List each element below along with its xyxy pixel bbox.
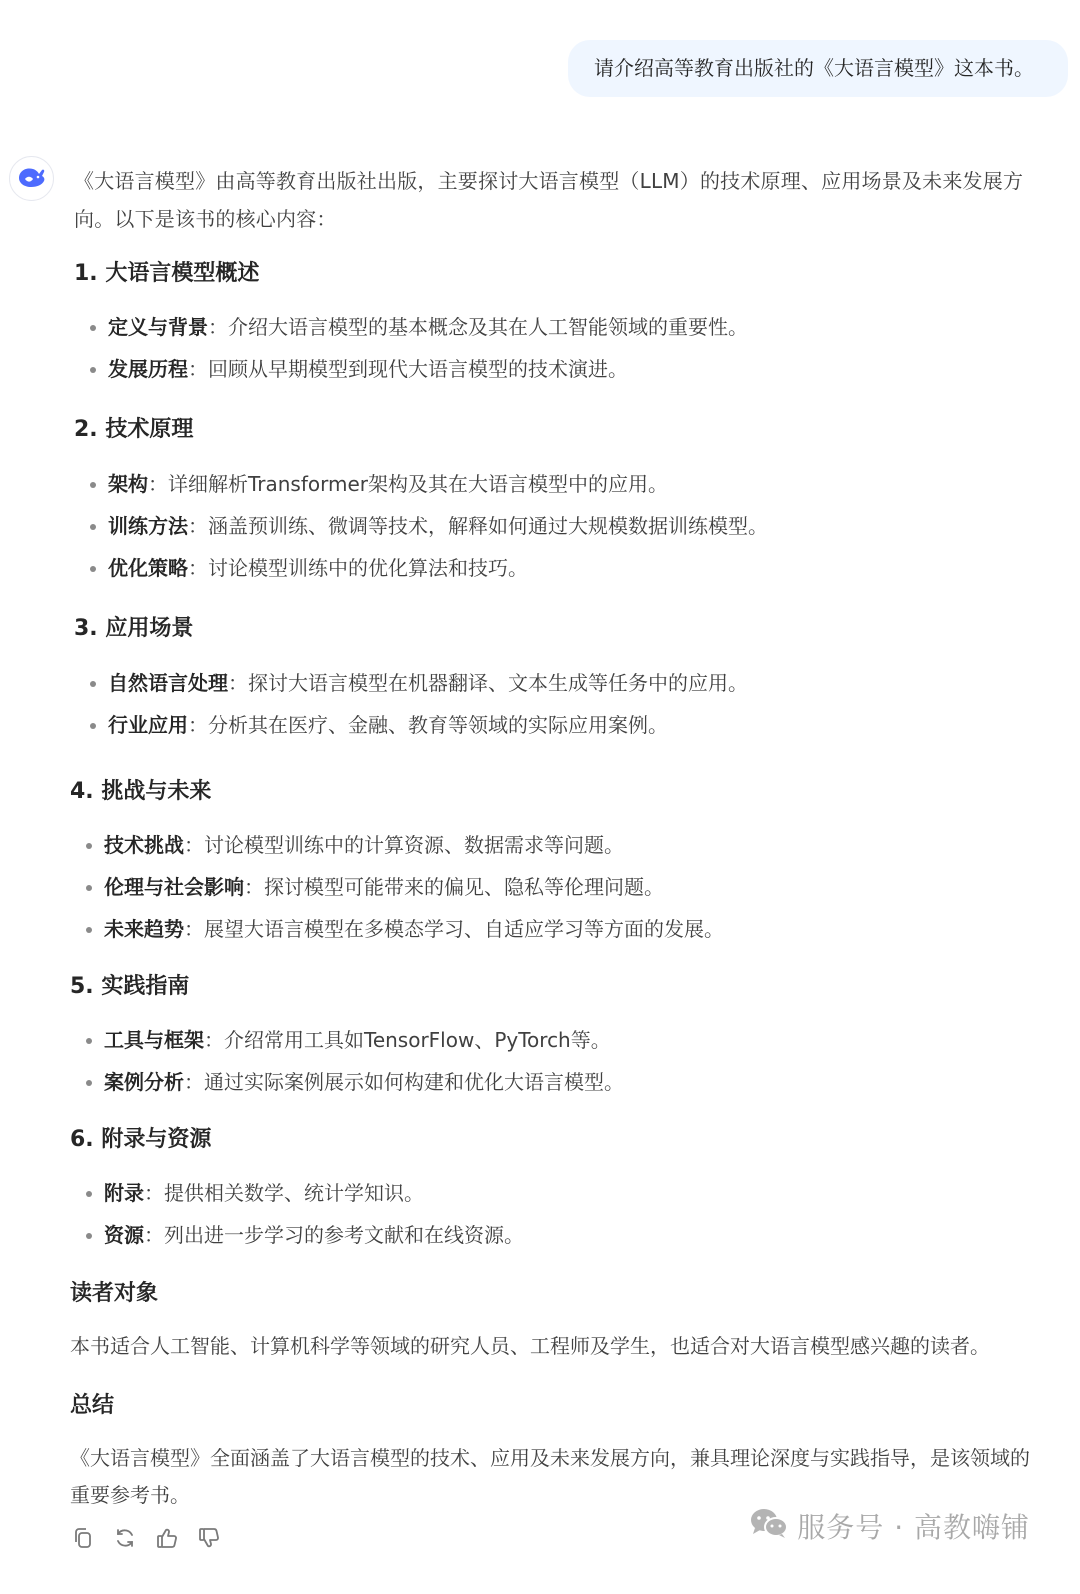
- thumbs-down-icon: [197, 1526, 221, 1554]
- assistant-avatar: [9, 156, 54, 201]
- list-item: 自然语言处理：探讨大语言模型在机器翻译、文本生成等任务中的应用。: [88, 668, 748, 710]
- regenerate-button[interactable]: [112, 1527, 138, 1553]
- user-message-row: 请介绍高等教育出版社的《大语言模型》这本书。: [568, 40, 1068, 97]
- answer-intro: 《大语言模型》由高等教育出版社出版，主要探讨大语言模型（LLM）的技术原理、应用…: [74, 162, 1044, 238]
- dislike-button[interactable]: [196, 1527, 222, 1553]
- thumbs-up-icon: [155, 1526, 179, 1554]
- summary-title: 总结: [70, 1391, 114, 1421]
- section-list-6: 附录：提供相关数学、统计学知识。 资源：列出进一步学习的参考文献和在线资源。: [70, 1178, 524, 1262]
- audience-title: 读者对象: [70, 1279, 158, 1309]
- list-item: 架构：详细解析Transformer架构及其在大语言模型中的应用。: [88, 469, 768, 511]
- list-item: 资源：列出进一步学习的参考文献和在线资源。: [84, 1220, 524, 1262]
- section-title-6: 6. 附录与资源: [70, 1125, 211, 1155]
- list-item: 技术挑战：讨论模型训练中的计算资源、数据需求等问题。: [84, 830, 724, 872]
- watermark-text: 服务号 · 高教嗨铺: [797, 1506, 1030, 1546]
- section-list-4: 技术挑战：讨论模型训练中的计算资源、数据需求等问题。 伦理与社会影响：探讨模型可…: [70, 830, 724, 956]
- list-item: 未来趋势：展望大语言模型在多模态学习、自适应学习等方面的发展。: [84, 914, 724, 956]
- section-title-5: 5. 实践指南: [70, 972, 189, 1002]
- audience-text: 本书适合人工智能、计算机科学等领域的研究人员、工程师及学生，也适合对大语言模型感…: [70, 1328, 1050, 1365]
- refresh-icon: [113, 1526, 137, 1554]
- watermark: 服务号 · 高教嗨铺: [749, 1506, 1030, 1546]
- list-item: 工具与框架：介绍常用工具如TensorFlow、PyTorch等。: [84, 1025, 624, 1067]
- message-actions: [70, 1527, 222, 1553]
- list-item: 训练方法：涵盖预训练、微调等技术，解释如何通过大规模数据训练模型。: [88, 511, 768, 553]
- list-item: 发展历程：回顾从早期模型到现代大语言模型的技术演进。: [88, 354, 748, 396]
- section-list-1: 定义与背景：介绍大语言模型的基本概念及其在人工智能领域的重要性。 发展历程：回顾…: [74, 312, 748, 396]
- wechat-icon: [749, 1507, 789, 1546]
- whale-logo-icon: [17, 165, 47, 193]
- copy-button[interactable]: [70, 1527, 96, 1553]
- user-message-bubble: 请介绍高等教育出版社的《大语言模型》这本书。: [568, 40, 1068, 97]
- list-item: 附录：提供相关数学、统计学知识。: [84, 1178, 524, 1220]
- section-list-3: 自然语言处理：探讨大语言模型在机器翻译、文本生成等任务中的应用。 行业应用：分析…: [74, 668, 748, 752]
- section-list-5: 工具与框架：介绍常用工具如TensorFlow、PyTorch等。 案例分析：通…: [70, 1025, 624, 1109]
- like-button[interactable]: [154, 1527, 180, 1553]
- section-title-3: 3. 应用场景: [74, 614, 193, 644]
- summary-text: 《大语言模型》全面涵盖了大语言模型的技术、应用及未来发展方向，兼具理论深度与实践…: [70, 1440, 1040, 1514]
- section-title-1: 1. 大语言模型概述: [74, 259, 259, 289]
- list-item: 定义与背景：介绍大语言模型的基本概念及其在人工智能领域的重要性。: [88, 312, 748, 354]
- list-item: 优化策略：讨论模型训练中的优化算法和技巧。: [88, 553, 768, 595]
- section-list-2: 架构：详细解析Transformer架构及其在大语言模型中的应用。 训练方法：涵…: [74, 469, 768, 595]
- list-item: 案例分析：通过实际案例展示如何构建和优化大语言模型。: [84, 1067, 624, 1109]
- list-item: 伦理与社会影响：探讨模型可能带来的偏见、隐私等伦理问题。: [84, 872, 724, 914]
- section-title-2: 2. 技术原理: [74, 415, 193, 445]
- section-title-4: 4. 挑战与未来: [70, 777, 211, 807]
- list-item: 行业应用：分析其在医疗、金融、教育等领域的实际应用案例。: [88, 710, 748, 752]
- copy-icon: [71, 1526, 95, 1554]
